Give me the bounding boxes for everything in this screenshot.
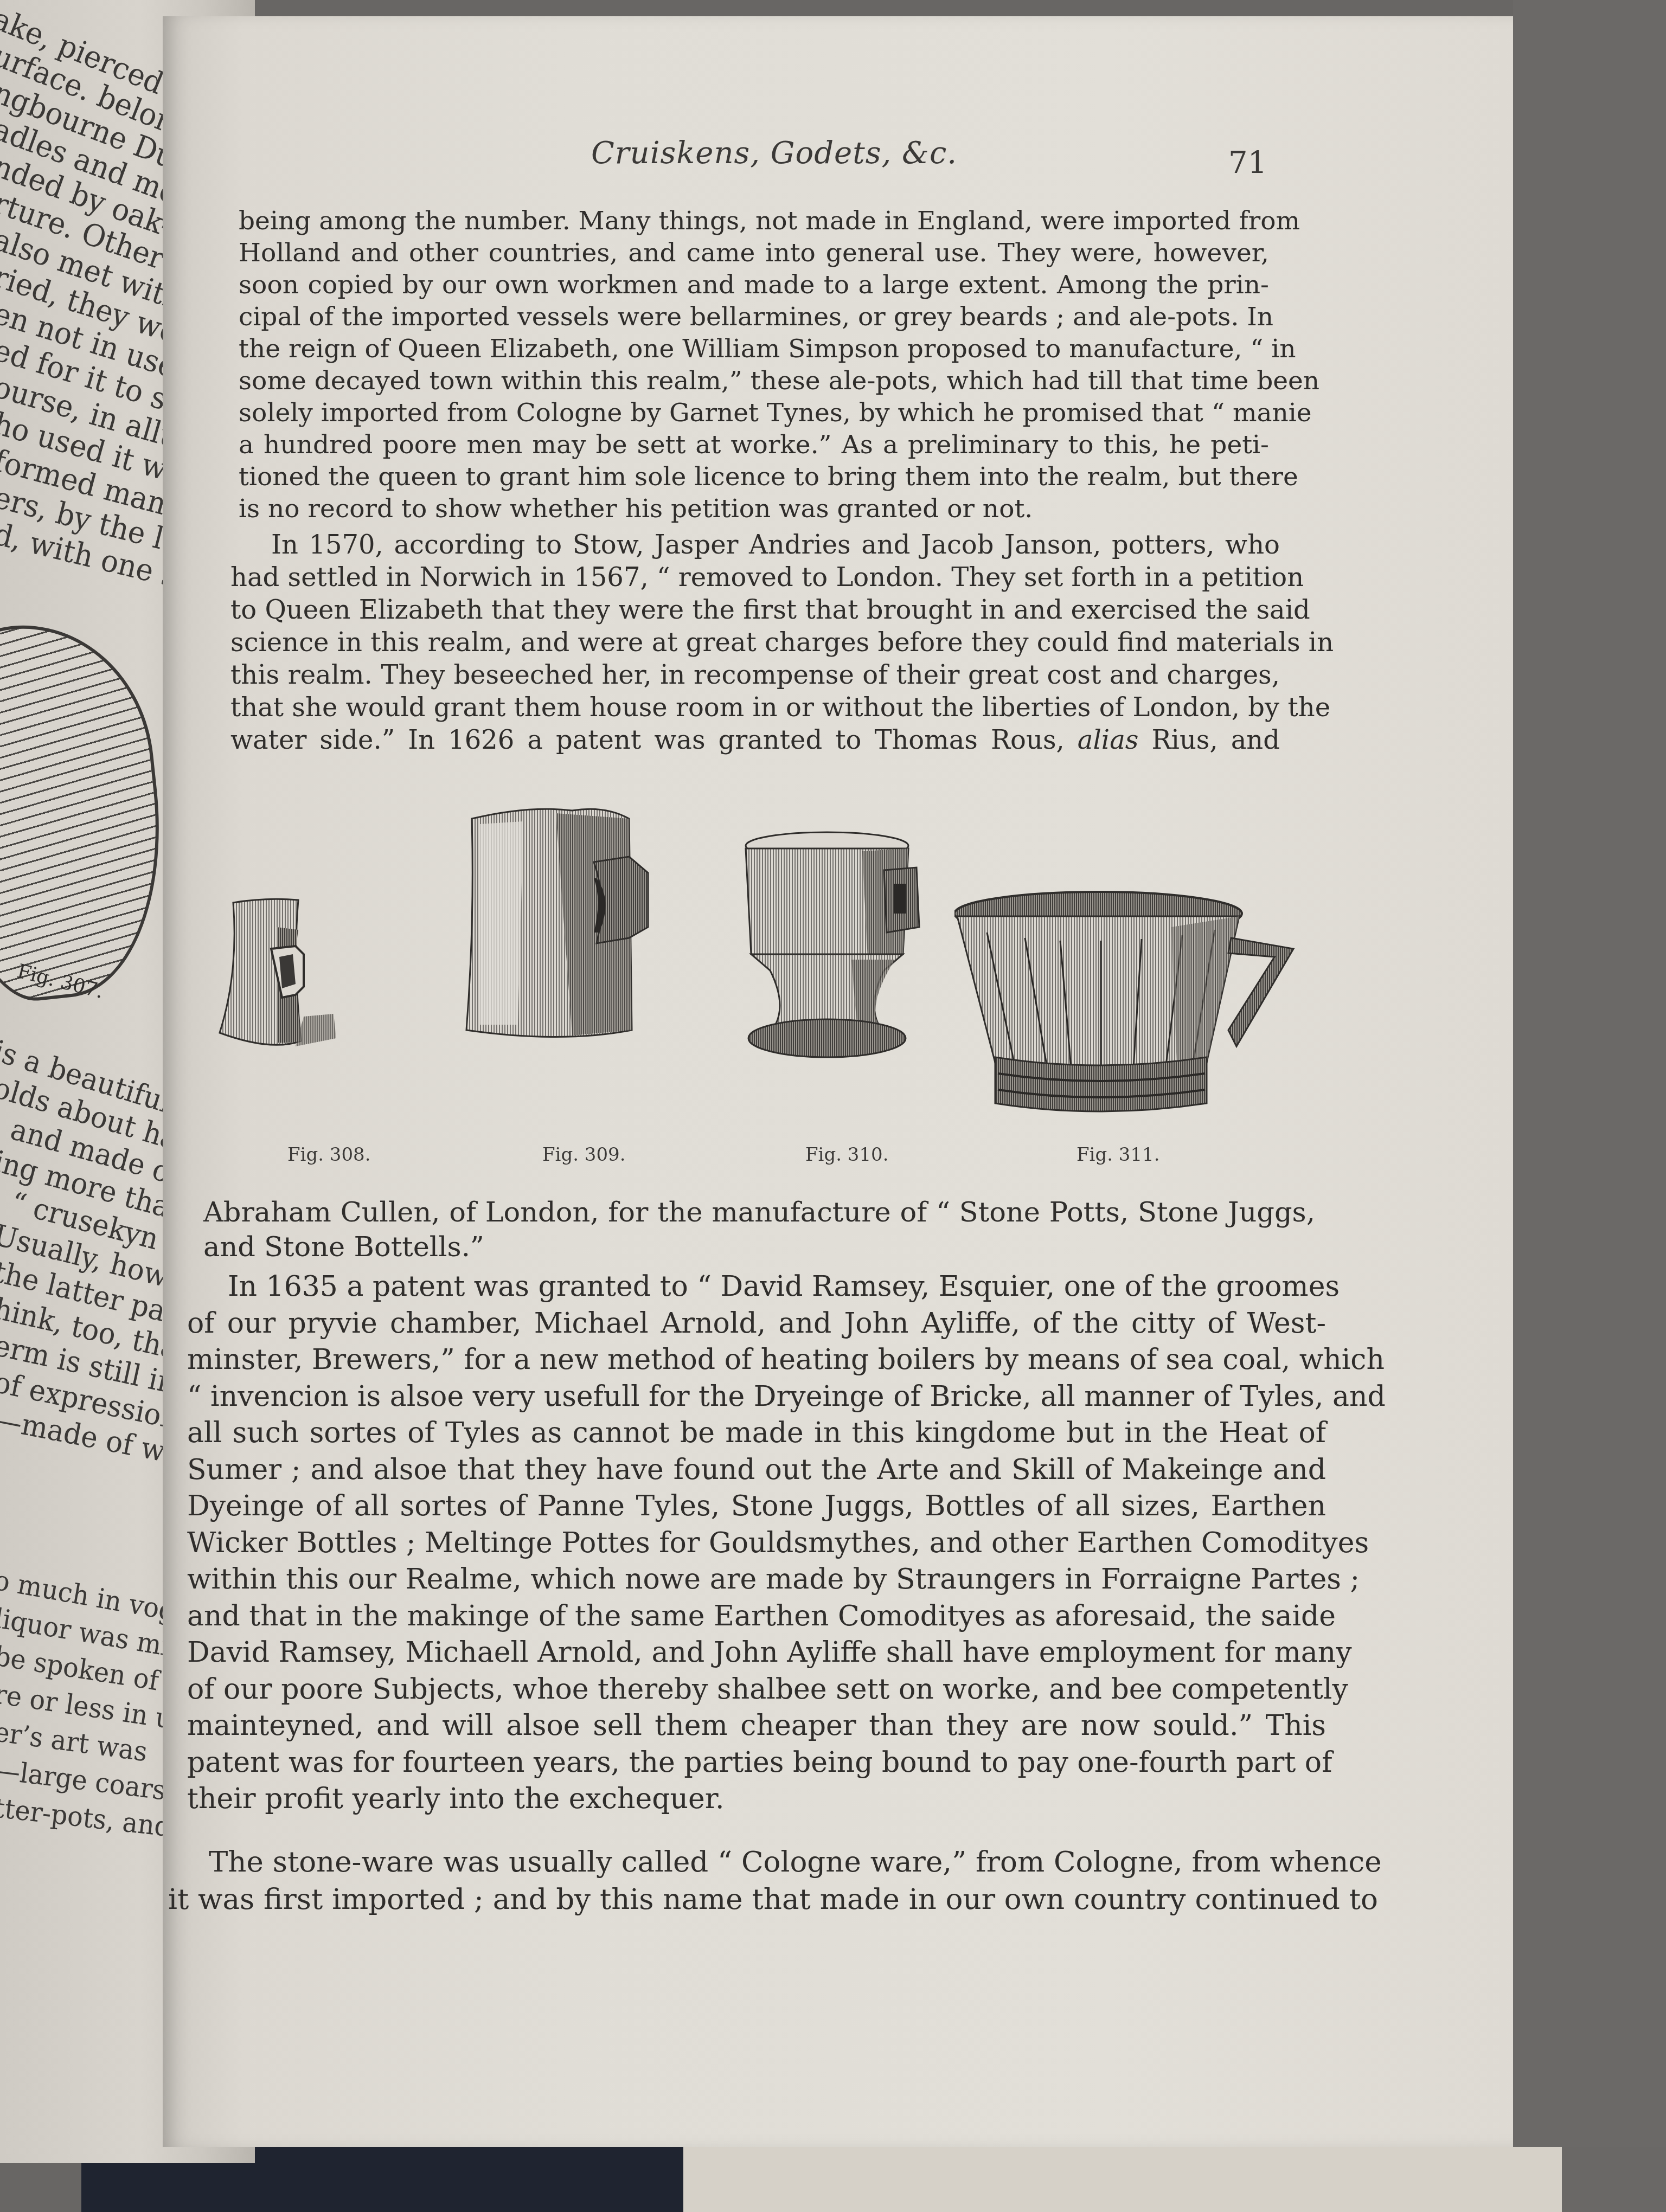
text-line: soon copied by our own workmen and made … xyxy=(239,269,1269,301)
text-line: David Ramsey, Michaell Arnold, and John … xyxy=(187,1635,1326,1671)
figure-311-caption: Fig. 311. xyxy=(1077,1144,1160,1166)
figure-309-caption: Fig. 309. xyxy=(542,1144,626,1166)
text-line: mainteyned, and will alsoe sell them che… xyxy=(187,1708,1326,1745)
running-head: Cruiskens, Godets, &c. xyxy=(591,136,957,171)
text-line: to Queen Elizabeth that they were the fi… xyxy=(230,594,1280,626)
background-surface xyxy=(1513,0,1666,2212)
figure-310-goblet-illustration xyxy=(743,829,938,1068)
text-line: Holland and other countries, and came in… xyxy=(239,237,1269,269)
background-surface-bottom xyxy=(1562,2147,1666,2212)
text-line: The stone-ware was usually called “ Colo… xyxy=(168,1843,1329,1881)
text-line: and Stone Bottells.” xyxy=(203,1230,1315,1265)
figure-307-vessel-illustration xyxy=(0,613,177,1009)
text-line: had settled in Norwich in 1567, “ remove… xyxy=(230,561,1280,594)
text-line: and that in the makinge of the same Eart… xyxy=(187,1598,1326,1635)
figure-310-caption: Fig. 310. xyxy=(805,1144,889,1166)
text-line: some decayed town within this realm,” th… xyxy=(239,365,1269,397)
text-line: solely imported from Cologne by Garnet T… xyxy=(239,397,1269,429)
text-line: is no record to show whether his petitio… xyxy=(239,493,1269,525)
text-line: water side.” In 1626 a patent was grante… xyxy=(230,724,1280,756)
paragraph-4: In 1635 a patent was granted to “ David … xyxy=(187,1269,1326,1818)
text-line: Sumer ; and alsoe that they have found o… xyxy=(187,1452,1326,1489)
text-line: patent was for fourteen years, the parti… xyxy=(187,1745,1326,1782)
figures-row: Fig. 308. Fig. 309. Fig. 310. xyxy=(206,792,1302,1182)
page-number: 71 xyxy=(1228,145,1267,181)
text-line: all such sortes of Tyles as cannot be ma… xyxy=(187,1415,1326,1452)
text-line: the reign of Queen Elizabeth, one Willia… xyxy=(239,333,1269,365)
text-line: Wicker Bottles ; Meltinge Pottes for Gou… xyxy=(187,1525,1326,1562)
figure-311-staved-cup-illustration xyxy=(954,889,1302,1117)
text-line: In 1635 a patent was granted to “ David … xyxy=(187,1269,1326,1306)
text-line: Dyeinge of all sortes of Panne Tyles, St… xyxy=(187,1488,1326,1525)
text-line: Abraham Cullen, of London, for the manuf… xyxy=(203,1195,1315,1230)
text-line: being among the number. Many things, not… xyxy=(239,205,1269,237)
text-line: it was first imported ; and by this name… xyxy=(168,1881,1329,1918)
text-line: that she would grant them house room in … xyxy=(230,691,1280,724)
figure-308-tankard-illustration xyxy=(217,897,445,1060)
text-line: of our poore Subjects, whoe thereby shal… xyxy=(187,1671,1326,1708)
figure-308-caption: Fig. 308. xyxy=(287,1144,371,1166)
text-line: cipal of the imported vessels were bella… xyxy=(239,301,1269,333)
paragraph-1: being among the number. Many things, not… xyxy=(239,205,1269,525)
text-line: tioned the queen to grant him sole licen… xyxy=(239,461,1269,493)
paragraph-5: The stone-ware was usually called “ Colo… xyxy=(168,1843,1329,1918)
text-line: of our pryvie chamber, Michael Arnold, a… xyxy=(187,1306,1326,1342)
paragraph-3: Abraham Cullen, of London, for the manuf… xyxy=(203,1195,1315,1265)
figure-309-tankard-illustration xyxy=(464,802,713,1052)
text-line: science in this realm, and were at great… xyxy=(230,626,1280,659)
text-line: a hundred poore men may be sett at worke… xyxy=(239,429,1269,461)
lower-page-edge xyxy=(683,2147,1562,2212)
text-line: within this our Realme, which nowe are m… xyxy=(187,1561,1326,1598)
paragraph-2: In 1570, according to Stow, Jasper Andri… xyxy=(230,529,1280,756)
text-line: “ invencion is alsoe very usefull for th… xyxy=(187,1379,1326,1416)
text-line: their profit yearly into the exchequer. xyxy=(187,1781,1326,1818)
text-line: minster, Brewers,” for a new method of h… xyxy=(187,1342,1326,1379)
italic-word: alias xyxy=(1078,725,1139,755)
text-line: In 1570, according to Stow, Jasper Andri… xyxy=(230,529,1280,561)
text-line: this realm. They beseeched her, in recom… xyxy=(230,659,1280,691)
